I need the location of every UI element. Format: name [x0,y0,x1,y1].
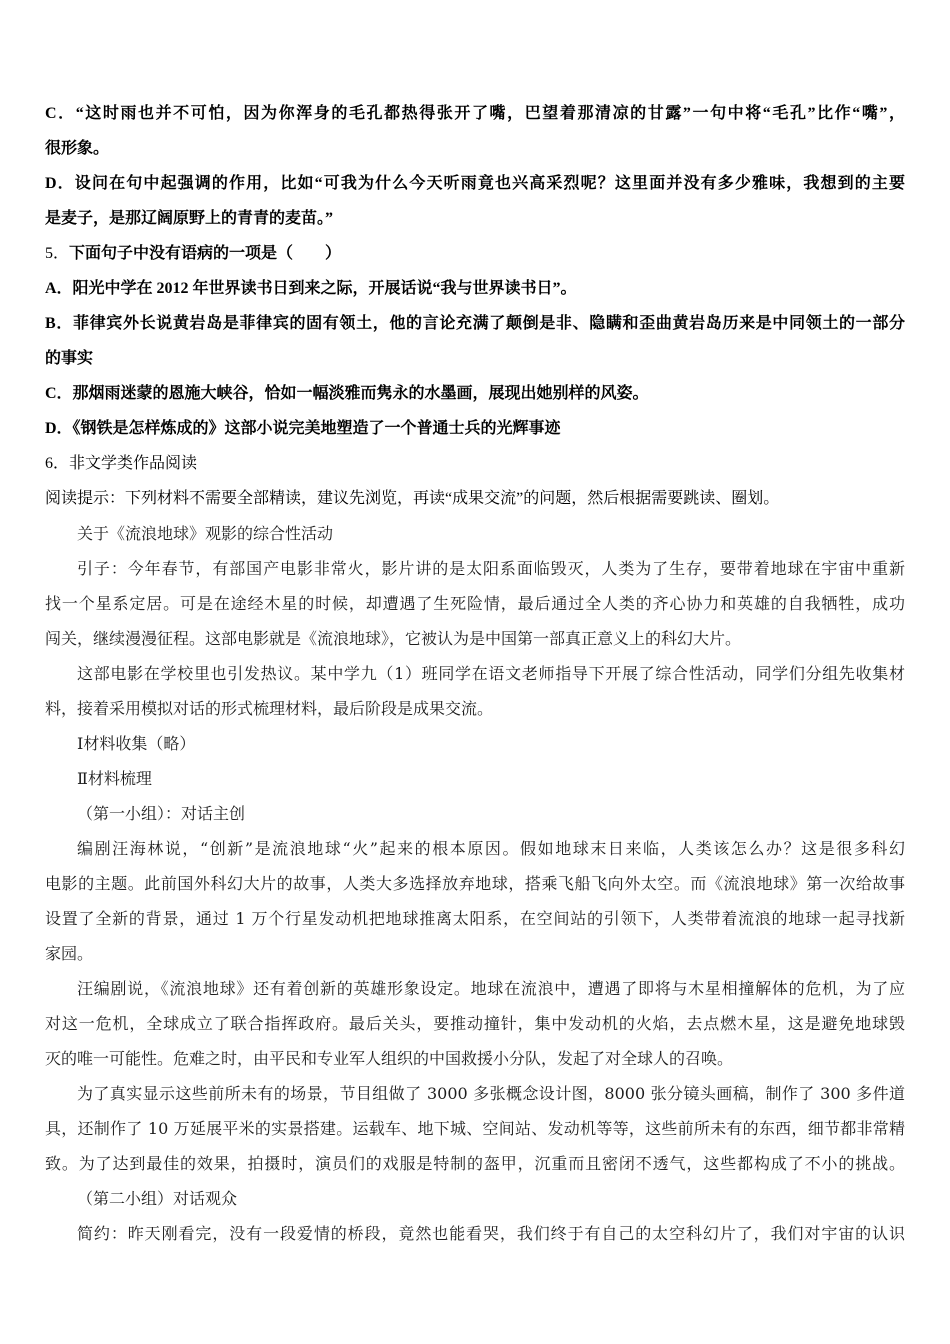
question-number: 5． [45,245,69,262]
passage-intro-line1: 引子：今年春节，有部国产电影非常火，影片讲的是太阳系面临毁灭，人类为了生存，要带… [45,551,905,586]
line-text: 下面句子中没有语病的一项是（ ） [69,245,341,262]
option-c-line1: C．“这时雨也并不可怕，因为你浑身的毛孔都热得张开了嘴，巴望着那清凉的甘露”一句… [45,96,905,131]
group1-para1-line4: 家园。 [45,936,905,971]
group1-para2-line3: 灭的唯一可能性。危难之时，由平民和专业军人组织的中国救援小分队，发起了对全球人的… [45,1041,905,1076]
line-text: 非文学类作品阅读 [69,455,197,472]
question-5-stem: 5．下面句子中没有语病的一项是（ ） [45,236,905,271]
q5-option-b-line2: 的事实 [45,341,905,376]
group1-para2-line1: 汪编剧说，《流浪地球》还有着创新的英雄形象设定。地球在流浪中，遭遇了即将与木星相… [45,971,905,1006]
section-1-heading: Ⅰ材料收集（略） [45,726,905,761]
passage-intro-line3: 闯关，继续漫漫征程。这部电影就是《流浪地球》，它被认为是中国第一部真正意义上的科… [45,621,905,656]
group1-para1-line1: 编剧汪海林说，“创新”是流浪地球“火”起来的根本原因。假如地球末日来临，人类该怎… [45,831,905,866]
q5-option-c: C．那烟雨迷蒙的恩施大峡谷，恰如一幅淡雅而隽永的水墨画，展现出她别样的风姿。 [45,376,905,411]
option-d-line1: D．设问在句中起强调的作用，比如“可我为什么今天听雨竟也兴高采烈呢？这里面并没有… [45,166,905,201]
q5-option-a: A．阳光中学在 2012 年世界读书日到来之际，开展话说“我与世界读书日”。 [45,271,905,306]
group-1-heading: （第一小组）：对话主创 [45,796,905,831]
question-6-stem: 6．非文学类作品阅读 [45,446,905,481]
group1-para3-line3: 致。为了达到最佳的效果，拍摄时，演员们的戏服是特制的盔甲，沉重而且密闭不透气，这… [45,1146,905,1181]
group2-para1-line1: 简约：昨天刚看完，没有一段爱情的桥段，竟然也能看哭，我们终于有自己的太空科幻片了… [45,1216,905,1251]
group1-para2-line2: 对这一危机，全球成立了联合指挥政府。最后关头，要推动撞针，集中发动机的火焰，去点… [45,1006,905,1041]
group1-para3-line2: 具，还制作了 10 万延展平米的实景搭建。运载车、地下城、空间站、发动机等等，这… [45,1111,905,1146]
group1-para1-line3: 设置了全新的背景，通过 1 万个行星发动机把地球推离太阳系，在空间站的引领下，人… [45,901,905,936]
group-2-heading: （第二小组）对话观众 [45,1181,905,1216]
q5-option-d: D．《钢铁是怎样炼成的》这部小说完美地塑造了一个普通士兵的光辉事迹 [45,411,905,446]
passage-para2-line1: 这部电影在学校里也引发热议。某中学九（1）班同学在语文老师指导下开展了综合性活动… [45,656,905,691]
reading-hint: 阅读提示：下列材料不需要全部精读，建议先浏览，再读“成果交流”的问题，然后根据需… [45,481,905,516]
section-2-heading: Ⅱ材料梳理 [45,761,905,796]
group1-para1-line2: 电影的主题。此前国外科幻大片的故事，人类大多选择放弃地球，搭乘飞船飞向外太空。而… [45,866,905,901]
passage-para2-line2: 料，接着采用模拟对话的形式梳理材料，最后阶段是成果交流。 [45,691,905,726]
document-page: C．“这时雨也并不可怕，因为你浑身的毛孔都热得张开了嘴，巴望着那清凉的甘露”一句… [0,0,950,1344]
group1-para3-line1: 为了真实显示这些前所未有的场景，节目组做了 3000 多张概念设计图，8000 … [45,1076,905,1111]
passage-title: 关于《流浪地球》观影的综合性活动 [45,516,905,551]
passage-intro-line2: 找一个星系定居。可是在途经木星的时候，却遭遇了生死险情，最后通过全人类的齐心协力… [45,586,905,621]
option-d-line2: 是麦子，是那辽阔原野上的青青的麦苗。” [45,201,905,236]
option-c-line2: 很形象。 [45,131,905,166]
q5-option-b-line1: B．菲律宾外长说黄岩岛是菲律宾的固有领土，他的言论充满了颠倒是非、隐瞒和歪曲黄岩… [45,306,905,341]
question-number: 6． [45,455,69,472]
document-text-body: C．“这时雨也并不可怕，因为你浑身的毛孔都热得张开了嘴，巴望着那清凉的甘露”一句… [45,96,905,1251]
